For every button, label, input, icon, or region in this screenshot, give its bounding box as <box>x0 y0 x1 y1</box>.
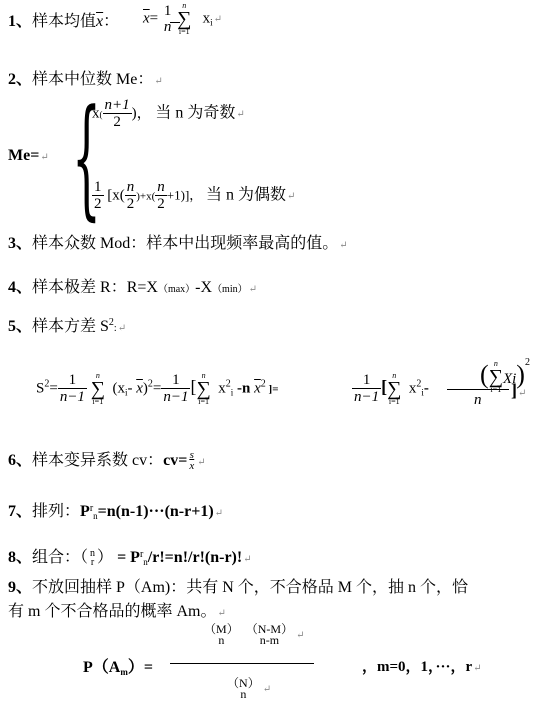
eq: = <box>49 380 57 396</box>
term: (x <box>112 380 125 396</box>
x: x <box>218 380 226 396</box>
return-mark-icon: ↵ <box>263 684 271 695</box>
fraction: 1n−1 <box>161 373 190 405</box>
return-mark-icon: ↵ <box>243 554 251 565</box>
prob-denominator: （N）n↵ <box>225 678 271 700</box>
rest: /r!=n!/r!(n-r)! <box>148 549 242 566</box>
fraction-bar <box>170 663 314 664</box>
bottom: n <box>202 635 241 646</box>
prob-tail: ，m=0，1，···，r↵ <box>362 655 482 676</box>
case-text: 当 n 为偶数 <box>206 186 286 203</box>
case-text: 当 n 为奇数 <box>155 104 235 121</box>
return-mark-icon: ↵ <box>473 663 481 674</box>
numerator: 1 <box>162 4 174 19</box>
close-paren: ） <box>97 549 113 566</box>
bracket: ] <box>511 380 517 400</box>
denominator: 2 <box>155 196 167 212</box>
lhs: P（A <box>83 659 120 676</box>
big-fraction: (n∑i=1Xi)2 <box>470 343 540 399</box>
binomial: nr <box>88 549 97 567</box>
item-label: 样本方差 S <box>32 318 109 335</box>
sum-icon: n∑i=1 <box>387 372 401 406</box>
prob-lhs: P（Am）= <box>83 654 153 677</box>
prob-numerator: （M）n （N-M）n-m↵ <box>202 624 304 646</box>
item-label: 样本均值 <box>32 13 96 30</box>
item-text: 样本中出现频率最高的值。 <box>146 235 338 252</box>
item-number: 8、 <box>8 549 32 566</box>
denominator: n <box>474 392 482 409</box>
fraction: n+12 <box>103 98 132 130</box>
open: [x( <box>107 187 125 203</box>
bottom: n <box>225 689 262 700</box>
sum-bottom: i=1 <box>177 28 191 36</box>
me-text: Me= <box>8 147 39 164</box>
bracket-close: ]↵ <box>511 380 526 401</box>
return-mark-icon: ↵ <box>197 457 205 468</box>
variance-formula: S2=1n−1 n∑i=1 (xi- x)2=1n−1[n∑i=1 x2i -n… <box>36 372 278 406</box>
item-number: 6、 <box>8 452 32 469</box>
close: ]= <box>266 383 279 395</box>
tail: +1)]， <box>167 187 203 202</box>
return-mark-icon: ↵ <box>249 284 257 295</box>
return-mark-icon: ↵ <box>40 152 48 163</box>
denominator: 2 <box>92 196 104 212</box>
item-5: 5、样本方差 S2:↵ <box>8 313 126 336</box>
fraction: n2 <box>125 180 137 212</box>
xbar: x <box>189 460 194 472</box>
rest: -n <box>233 380 254 396</box>
fraction: 1n <box>162 4 174 35</box>
bottom: r <box>88 558 97 567</box>
numerator: 1 <box>58 373 87 389</box>
return-mark-icon: ↵ <box>217 608 225 619</box>
denominator: x <box>187 460 196 472</box>
p: P <box>80 503 90 520</box>
minus: - <box>424 380 429 396</box>
mid: - <box>127 380 136 396</box>
formula: R=X <box>127 279 158 296</box>
item-1: 1、样本均值x： <box>8 8 119 31</box>
numerator: n <box>125 180 137 196</box>
me-label: Me=↵ <box>8 147 49 165</box>
x: x <box>92 105 100 121</box>
item-9-line-2: 有 m 个不合格品的概率 Am。↵ <box>8 598 226 621</box>
denominator: n <box>162 19 174 35</box>
minus: -X <box>195 279 212 296</box>
denominator: n−1 <box>352 389 381 405</box>
numerator: n+1 <box>103 98 132 114</box>
denominator: n−1 <box>161 389 190 405</box>
item-label: 排列： <box>32 503 80 520</box>
item-6: 6、样本变异系数 cv：cv=sx↵ <box>8 447 206 472</box>
variance-formula-2: 1n−1[n∑i=1 x2i- <box>352 372 429 406</box>
item-label: 样本极差 R： <box>32 279 127 296</box>
item-number: 1、 <box>8 13 32 30</box>
sum-bottom: i=1 <box>91 398 105 406</box>
sum-bottom: i=1 <box>489 386 503 394</box>
denominator: 2 <box>125 196 137 212</box>
return-mark-icon: ↵ <box>214 14 222 25</box>
binomial-N-n: （N）n <box>225 678 262 700</box>
item-label: 样本众数 Mod： <box>32 235 146 252</box>
return-mark-icon: ↵ <box>236 109 244 120</box>
denominator: n−1 <box>58 389 87 405</box>
bottom: n-m <box>244 635 295 646</box>
colon: : <box>114 323 117 334</box>
numerator: 1 <box>352 373 381 389</box>
formula: cv= <box>163 452 187 469</box>
paren-group: (n∑i=1Xi)2 <box>470 343 540 399</box>
tail: ，m=0，1，···，r <box>362 659 472 675</box>
numerator: s <box>187 450 196 460</box>
term-sub: i <box>210 17 213 27</box>
sub: m <box>120 667 128 677</box>
sup: 2 <box>525 357 530 368</box>
item-number: 5、 <box>8 318 32 335</box>
sum-icon: n∑i=1 <box>177 2 191 36</box>
binomial-nm-nm: （N-M）n-m <box>244 624 295 646</box>
rest: =n(n-1)···(n-r+1) <box>98 503 214 520</box>
sum-icon: n∑i=1 <box>196 372 210 406</box>
return-mark-icon: ↵ <box>296 630 304 641</box>
item-number: 2、 <box>8 71 32 88</box>
return-mark-icon: ↵ <box>118 323 126 334</box>
fraction: 1n−1 <box>352 373 381 405</box>
numerator: n <box>155 180 167 196</box>
item-number: 9、 <box>8 579 32 596</box>
fraction-bar <box>170 22 180 23</box>
max-sub: （max） <box>158 284 195 295</box>
item-text: 不放回抽样 P（Am)：共有 N 个，不合格品 M 个，抽 n 个，恰 <box>32 579 468 596</box>
case-odd: x(n+12)， 当 n 为奇数↵ <box>92 98 245 130</box>
item-number: 7、 <box>8 503 32 520</box>
item-9-line-1: 9、不放回抽样 P（Am)：共有 N 个，不合格品 M 个，抽 n 个，恰 <box>8 574 468 597</box>
close: ）= <box>128 659 153 676</box>
return-mark-icon: ↵ <box>518 388 526 399</box>
item-4: 4、样本极差 R：R=X（max）-X（min）↵ <box>8 274 257 297</box>
eq: = P <box>113 549 140 566</box>
open-paren: （ <box>80 549 88 566</box>
item-number: 3、 <box>8 235 32 252</box>
item-7: 7、排列：Prn=n(n-1)···(n-r+1)↵ <box>8 498 223 521</box>
mid: )+x( <box>136 190 155 202</box>
sum-bottom: i=1 <box>196 398 210 406</box>
xbar: x <box>143 10 150 26</box>
sum-bottom: i=1 <box>387 398 401 406</box>
close: )， <box>132 105 152 121</box>
case-even: 12 [x(n2)+x(n2+1)]， 当 n 为偶数↵ <box>92 180 295 212</box>
item-label: 样本变异系数 cv： <box>32 452 163 469</box>
mean-formula: x= 1n n∑i=1 xi↵ <box>143 2 222 36</box>
fraction: 1n−1 <box>58 373 87 405</box>
binomial-m-n: （M）n <box>202 624 241 646</box>
xbar: x <box>136 380 143 396</box>
numerator: 1 <box>92 180 104 196</box>
sum-icon: n∑i=1 <box>91 372 105 406</box>
item-3: 3、样本众数 Mod：样本中出现频率最高的值。↵ <box>8 230 348 253</box>
fraction: n2 <box>155 180 167 212</box>
return-mark-icon: ↵ <box>215 508 223 519</box>
xbar: x <box>254 380 261 396</box>
half-fraction: 12 <box>92 180 104 212</box>
return-mark-icon: ↵ <box>154 76 162 87</box>
item-number: 4、 <box>8 279 32 296</box>
fraction-bar <box>447 389 509 390</box>
colon: ： <box>103 13 119 30</box>
eq: = <box>153 380 161 396</box>
numerator: 1 <box>161 373 190 389</box>
item-8: 8、组合：（nr） = Prn/r!=n!/r!(n-r)!↵ <box>8 544 252 567</box>
return-mark-icon: ↵ <box>287 191 295 202</box>
denominator: 2 <box>103 114 132 130</box>
min-sub: （min） <box>212 284 248 295</box>
item-label: 组合： <box>32 549 80 566</box>
item-text: 有 m 个不合格品的概率 Am。 <box>8 603 216 620</box>
equals: = <box>150 10 158 26</box>
fraction: sx <box>187 450 196 472</box>
return-mark-icon: ↵ <box>339 240 347 251</box>
